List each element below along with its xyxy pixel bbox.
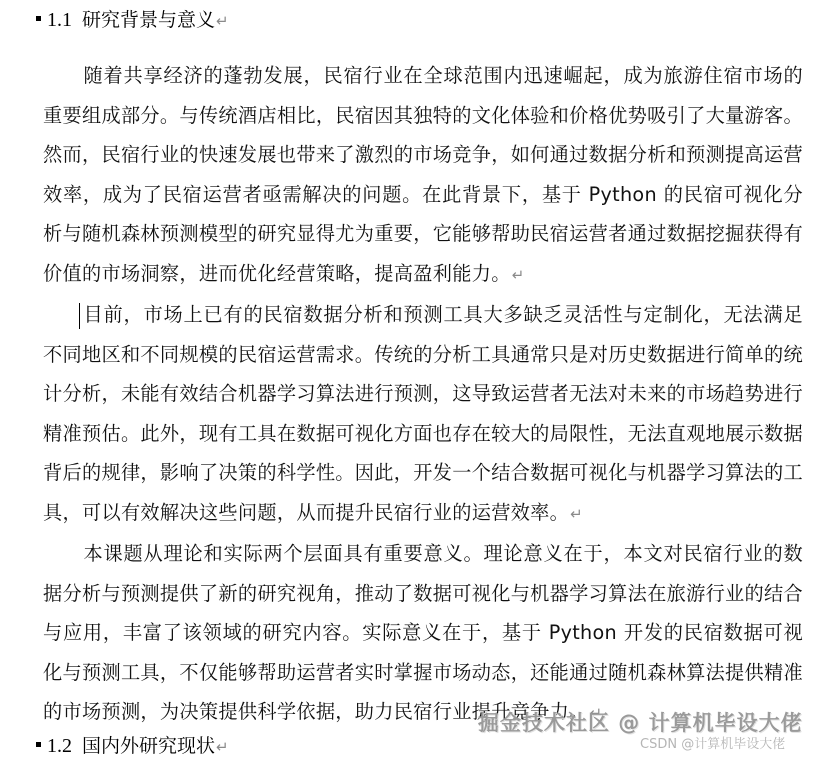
heading-bullet-icon bbox=[36, 16, 41, 21]
paragraph-mark-icon: ↵ bbox=[216, 12, 229, 30]
paragraph-text: 目前，市场上已有的民宿数据分析和预测工具大多缺乏灵活性与定制化，无法满足不同地区… bbox=[43, 303, 803, 524]
paragraph-significance[interactable]: 本课题从理论和实际两个层面具有重要意义。理论意义在于，本文对民宿行业的数据分析与… bbox=[43, 534, 803, 734]
heading-bullet-icon bbox=[36, 742, 41, 747]
paragraph-mark-icon: ↵ bbox=[216, 738, 229, 756]
paragraph-text: 本课题从理论和实际两个层面具有重要意义。理论意义在于，本文对民宿行业的数据分析与… bbox=[43, 542, 803, 723]
section-heading-1-1: 1.1研究背景与意义↵ bbox=[36, 8, 229, 33]
paragraph-background[interactable]: 随着共享经济的蓬勃发展，民宿行业在全球范围内迅速崛起，成为旅游住宿市场的重要组成… bbox=[43, 56, 803, 295]
paragraph-mark-icon: ↵ bbox=[570, 505, 583, 523]
watermark-csdn: CSDN @计算机毕设大佬 bbox=[640, 733, 785, 752]
paragraph-mark-icon: ↵ bbox=[512, 266, 525, 284]
paragraph-text: 随着共享经济的蓬勃发展，民宿行业在全球范围内迅速崛起，成为旅游住宿市场的重要组成… bbox=[43, 64, 803, 285]
section-heading-1-2: 1.2国内外研究现状↵ bbox=[36, 734, 229, 759]
text-cursor bbox=[79, 303, 80, 329]
paragraph-current-tools[interactable]: 目前，市场上已有的民宿数据分析和预测工具大多缺乏灵活性与定制化，无法满足不同地区… bbox=[43, 295, 803, 534]
section-number: 1.2 bbox=[47, 735, 72, 757]
section-number: 1.1 bbox=[47, 9, 72, 31]
section-title: 研究背景与意义 bbox=[82, 9, 215, 31]
section-title: 国内外研究现状 bbox=[82, 735, 215, 757]
document-body[interactable]: 随着共享经济的蓬勃发展，民宿行业在全球范围内迅速崛起，成为旅游住宿市场的重要组成… bbox=[43, 56, 803, 734]
